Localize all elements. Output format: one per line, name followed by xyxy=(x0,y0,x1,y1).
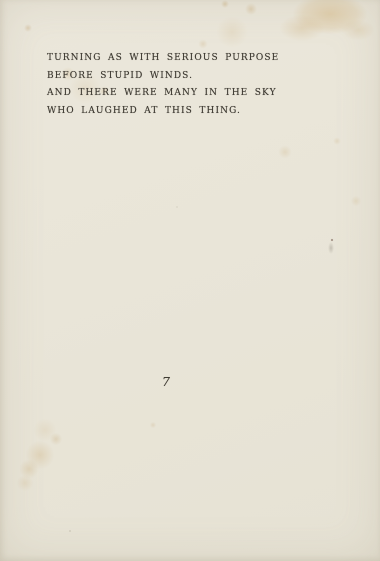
poem-line-4: WHO LAUGHED AT THIS THING. xyxy=(47,103,279,121)
poem-text: TURNING AS WITH SERIOUS PURPOSE BEFORE S… xyxy=(47,50,279,120)
poem-line-1: TURNING AS WITH SERIOUS PURPOSE xyxy=(47,50,279,68)
poem-line-3: AND THERE WERE MANY IN THE SKY xyxy=(47,85,279,103)
poem-line-2: BEFORE STUPID WINDS. xyxy=(47,68,279,86)
page-number: 7 xyxy=(156,374,176,389)
book-page: TURNING AS WITH SERIOUS PURPOSE BEFORE S… xyxy=(0,0,380,561)
